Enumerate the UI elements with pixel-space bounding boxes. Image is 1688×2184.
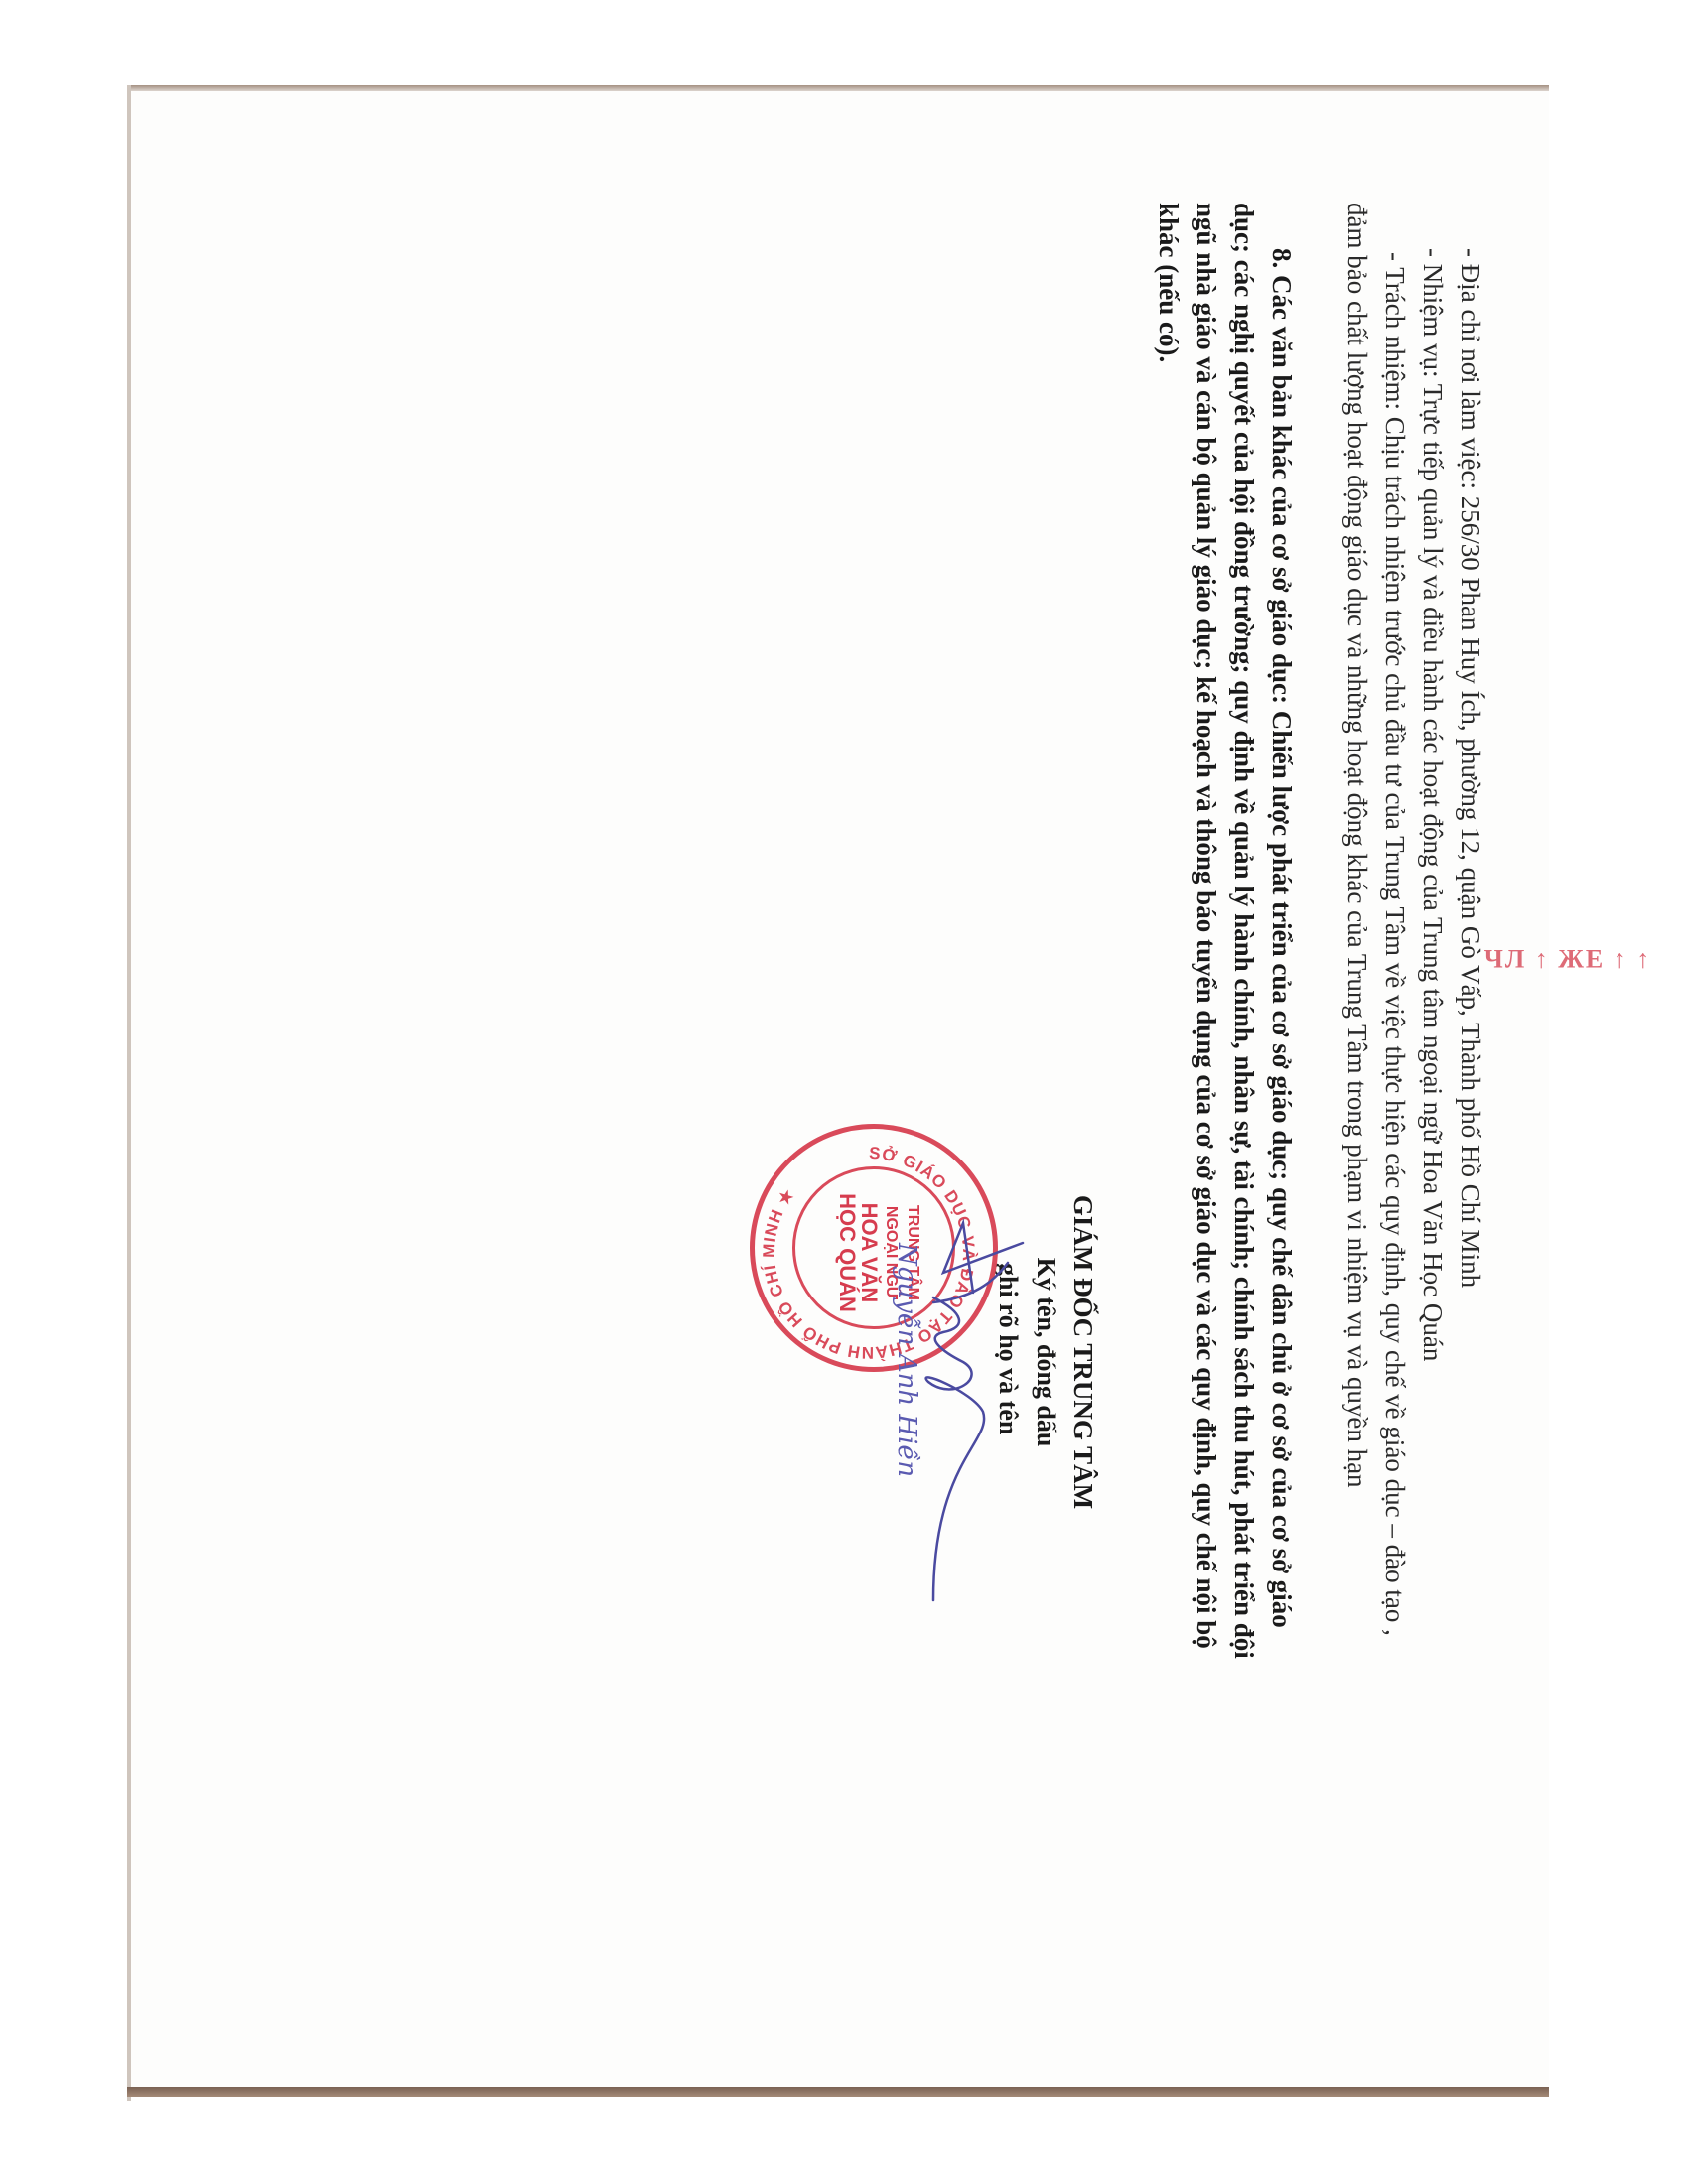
red-ink-mark: ЧЛ ↑ ЖЕ ↑ ↑ [1484, 940, 1652, 978]
handwritten-name: Nguyễn Anh Hiền [888, 1243, 925, 1477]
section-8-line-2: dục; các nghị quyết của hội đồng trường;… [1225, 203, 1263, 1659]
section-8-line-1: 8. Các văn bản khác của cơ sở giáo dục: … [1263, 248, 1301, 1628]
rotated-document-page: - Địa chỉ nơi làm việc: 256/30 Phan Huy … [131, 91, 1549, 2087]
section-8-line-4: khác (nếu có). [1150, 203, 1188, 362]
paper-edge-bottom [127, 2087, 1549, 2097]
stamp-line-3: HOA VĂN [858, 1168, 880, 1337]
address-line: - Địa chỉ nơi làm việc: 256/30 Phan Huy … [1452, 248, 1489, 1288]
responsibility-line-1: - Trách nhiệm: Chịu trách nhiệm trước ch… [1376, 252, 1414, 1636]
stamp-line-4: HỌC QUÁN [836, 1168, 858, 1337]
section-8-line-3: ngũ nhà giáo và cán bộ quản lý giáo dục;… [1188, 203, 1225, 1649]
duty-line: - Nhiệm vụ: Trực tiếp quản lý và điều hà… [1414, 248, 1452, 1361]
responsibility-line-2: đảm bảo chất lượng hoạt động giáo dục và… [1338, 203, 1376, 1488]
